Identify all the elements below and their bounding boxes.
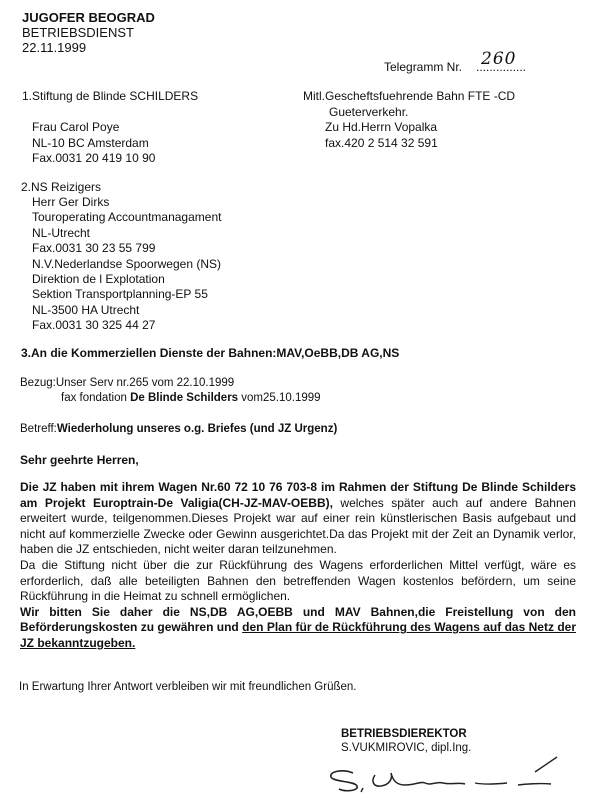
recipient3-title: 3.An die Kommerziellen Dienste der Bahne… xyxy=(21,346,399,361)
subject-line: Betreff:Wiederholung unseres o.g. Briefe… xyxy=(20,422,337,437)
telegram-number-handwritten: 260 xyxy=(481,52,516,67)
salutation: Sehr geehrte Herren, xyxy=(20,453,139,468)
recipient2-title: 2.NS Reizigers xyxy=(21,180,101,195)
body-paragraph-1: Die JZ haben mit ihrem Wagen Nr.60 72 10… xyxy=(20,480,576,558)
recipient-right-address: Mitl.Gescheftsfuehrende Bahn FTE -CD Gue… xyxy=(303,89,515,151)
recipient2-address: Herr Ger Dirks Touroperating Accountmana… xyxy=(32,195,221,334)
sender-dept: BETRIEBSDIENST xyxy=(22,25,134,40)
handwritten-signature xyxy=(325,745,565,795)
telegram-label: Telegramm Nr. xyxy=(384,60,462,75)
recipient1-title: 1.Stiftung de Blinde SCHILDERS xyxy=(22,89,198,104)
reference-line1: Bezug:Unser Serv nr.265 vom 22.10.1999 xyxy=(20,376,234,391)
body-paragraph-3: Wir bitten Sie daher die NS,DB AG,OEBB u… xyxy=(20,605,576,652)
letter-body: Die JZ haben mit ihrem Wagen Nr.60 72 10… xyxy=(20,480,576,652)
signature-title: BETRIEBSDIEREKTOR xyxy=(341,727,467,742)
recipient1-address: Frau Carol Poye NL-10 BC Amsterdam Fax.0… xyxy=(32,120,155,167)
body-paragraph-2: Da die Stiftung nicht über die zur Rückf… xyxy=(20,558,576,605)
sender-org: JUGOFER BEOGRAD xyxy=(22,10,155,25)
letter-date: 22.11.1999 xyxy=(22,40,86,55)
closing-line: In Erwartung Ihrer Antwort verbleiben wi… xyxy=(19,680,356,695)
reference-line2: fax fondation De Blinde Schilders vom25.… xyxy=(61,391,321,406)
